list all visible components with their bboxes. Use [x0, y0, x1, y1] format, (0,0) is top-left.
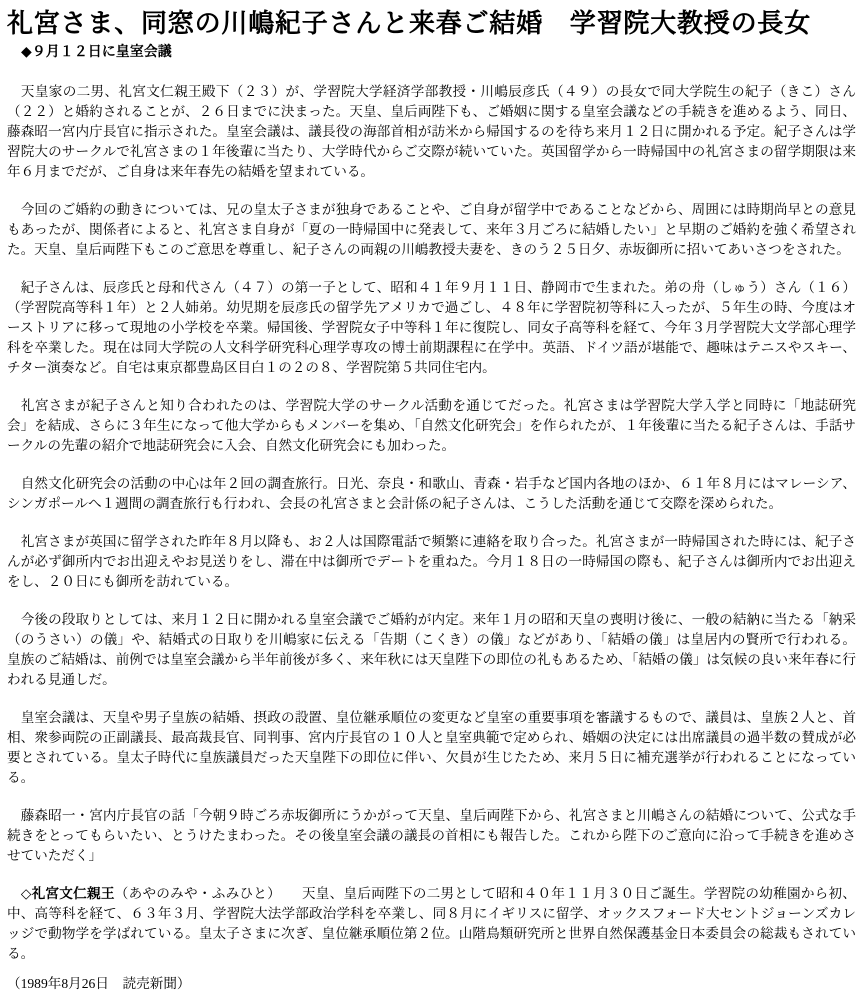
article-page: 礼宮さま、同窓の川嶋紀子さんと来春ご結婚 学習院大教授の長女 ◆９月１２日に皇室…	[0, 0, 864, 994]
source-line: （1989年8月26日 読売新聞）	[7, 974, 856, 994]
article-paragraph-1: 天皇家の二男、礼宮文仁親王殿下（２３）が、学習院大学経済学部教授・川嶋辰彦氏（４…	[7, 82, 856, 182]
article-paragraph-8: 皇室会議は、天皇や男子皇族の結婚、摂政の設置、皇位継承順位の変更など皇室の重要事…	[7, 708, 856, 788]
profile-name: ◇礼宮文仁親王	[7, 886, 115, 901]
article-paragraph-2: 今回のご婚約の動きについては、兄の皇太子さまが独身であることや、ご自身が留学中で…	[7, 200, 856, 260]
profile-name-reading: （あやのみや・ふみひと）	[115, 886, 275, 901]
profile-paragraph: ◇礼宮文仁親王（あやのみや・ふみひと） 天皇、皇后両陛下の二男として昭和４０年１…	[7, 884, 856, 964]
article-paragraph-5: 自然文化研究会の活動の中心は年２回の調査旅行。日光、奈良・和歌山、青森・岩手など…	[7, 474, 856, 514]
section-heading: ◆９月１２日に皇室会議	[7, 43, 856, 63]
article-paragraph-9: 藤森昭一・宮内庁長官の話「今朝９時ごろ赤坂御所にうかがって天皇、皇后両陛下から、…	[7, 806, 856, 866]
article-paragraph-6: 礼宮さまが英国に留学された昨年８月以降も、お２人は国際電話で頻繁に連絡を取り合っ…	[7, 532, 856, 592]
article-paragraph-3: 紀子さんは、辰彦氏と母和代さん（４７）の第一子として、昭和４１年９月１１日、静岡…	[7, 278, 856, 378]
article-paragraph-4: 礼宮さまが紀子さんと知り合われたのは、学習院大学のサークル活動を通じてだった。礼…	[7, 396, 856, 456]
article-paragraph-7: 今後の段取りとしては、来月１２日に開かれる皇室会議でご婚約が内定。来年１月の昭和…	[7, 610, 856, 690]
article-title: 礼宮さま、同窓の川嶋紀子さんと来春ご結婚 学習院大教授の長女	[7, 7, 856, 41]
